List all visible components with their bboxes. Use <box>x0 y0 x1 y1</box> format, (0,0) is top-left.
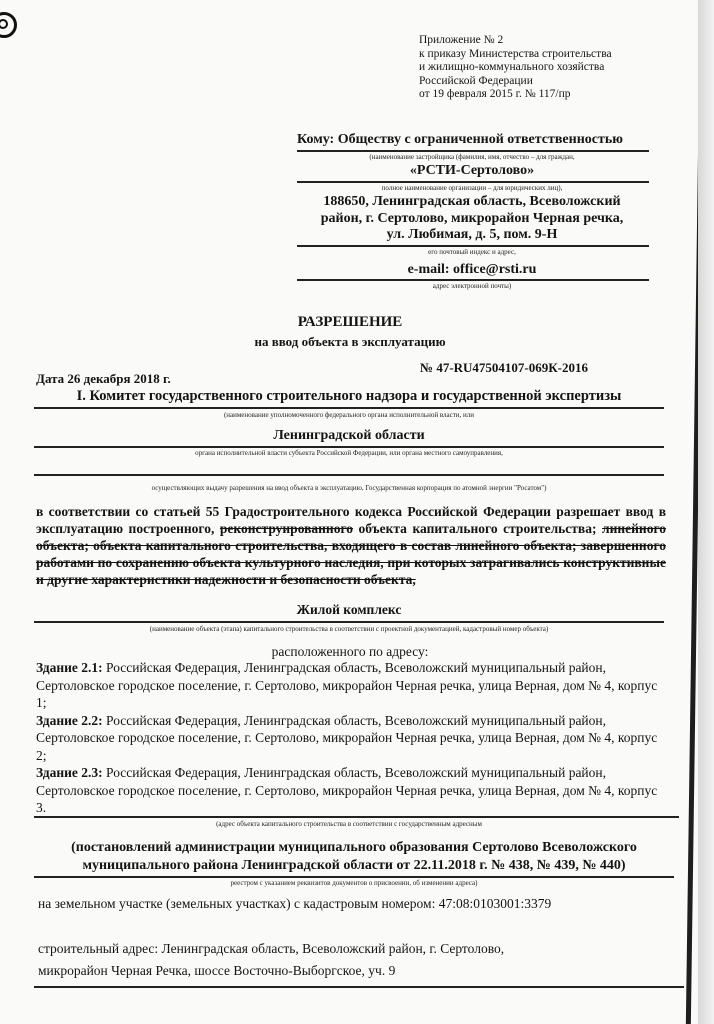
underline <box>34 621 664 623</box>
construction-address-line: строительный адрес: Ленинградская област… <box>38 938 678 960</box>
corner-circle-mark <box>0 12 17 38</box>
recipient-to: Кому: Обществу с ограниченной ответствен… <box>297 132 647 148</box>
authority-region: Ленинградской области <box>34 428 664 444</box>
construction-address: строительный адрес: Ленинградская област… <box>38 938 678 982</box>
background-surface <box>698 0 714 1024</box>
construction-address-line: микрорайон Черная Речка, шоссе Восточно-… <box>38 960 678 982</box>
located-label: расположенного по адресу: <box>0 644 700 660</box>
decree-caption: реестром с указанием реквизитов документ… <box>34 879 674 887</box>
address-line: 188650, Ленинградская область, Всеволожс… <box>297 194 647 211</box>
appendix-line: от 19 февраля 2015 г. № 117/пр <box>419 88 659 102</box>
document-title: РАЗРЕШЕНИЕ <box>0 314 700 331</box>
underline <box>34 407 664 409</box>
underline <box>34 986 684 988</box>
object-caption: (наименование объекта (этапа) капитально… <box>34 625 664 633</box>
appendix-line: Приложение № 2 <box>419 34 659 48</box>
address-decree: (постановлений администрации муниципальн… <box>34 839 674 875</box>
recipient-org-caption: полное наименование организации – для юр… <box>297 184 647 192</box>
document-page: Приложение № 2 к приказу Министерства ст… <box>0 0 700 1024</box>
building-list: Здание 2.1: Российская Федерация, Ленинг… <box>36 659 666 817</box>
underline <box>34 446 664 448</box>
building-label: Здание 2.1: <box>36 660 103 675</box>
permission-struck-reconstructed: реконструированного <box>220 521 353 536</box>
address-line: ул. Любимая, д. 5, пом. 9-Н <box>297 227 647 244</box>
appendix-line: Российской Федерации <box>419 75 659 89</box>
document-number: № 47-RU47504107-069К-2016 <box>420 360 588 376</box>
cadastral-number: на земельном участке (земельных участках… <box>38 896 551 912</box>
underline <box>297 181 649 183</box>
underline <box>297 279 649 281</box>
region-caption: органа исполнительной власти субъекта Ро… <box>34 449 664 457</box>
building-label: Здание 2.3: <box>36 765 103 780</box>
underline <box>34 474 664 476</box>
underline <box>297 245 649 247</box>
recipient-email: e-mail: office@rsti.ru <box>297 262 647 278</box>
recipient-to-caption: (наименование застройщика (фамилия, имя,… <box>297 153 647 161</box>
recipient-address: 188650, Ленинградская область, Всеволожс… <box>297 194 647 244</box>
building-item: Здание 2.1: Российская Федерация, Ленинг… <box>36 659 666 712</box>
building-item: Здание 2.3: Российская Федерация, Ленинг… <box>36 764 666 817</box>
object-name: Жилой комплекс <box>34 602 664 618</box>
address-line: район, г. Сертолово, микрорайон Черная р… <box>297 211 647 228</box>
building-address: Российская Федерация, Ленинградская обла… <box>36 713 657 763</box>
issuer-caption: осуществляющих выдачу разрешения на ввод… <box>34 484 664 492</box>
recipient-address-caption: его почтовый индекс и адрес, <box>297 248 647 256</box>
building-address: Российская Федерация, Ленинградская обла… <box>36 765 657 815</box>
document-date: Дата 26 декабря 2018 г. <box>36 371 171 387</box>
object-address-caption: (адрес объекта капитального строительств… <box>34 820 664 828</box>
building-address: Российская Федерация, Ленинградская обла… <box>36 660 657 710</box>
appendix-line: к приказу Министерства строительства <box>419 48 659 62</box>
recipient-email-caption: адрес электронной почты) <box>297 282 647 290</box>
building-item: Здание 2.2: Российская Федерация, Ленинг… <box>36 712 666 765</box>
authority-caption: (наименование уполномоченного федерально… <box>34 411 664 419</box>
permission-paragraph: в соответствии со статьей 55 Градостроит… <box>36 503 666 588</box>
document-subtitle: на ввод объекта в эксплуатацию <box>0 334 700 350</box>
appendix-header: Приложение № 2 к приказу Министерства ст… <box>419 34 659 102</box>
underline <box>34 876 674 878</box>
underline <box>34 816 679 818</box>
underline <box>297 150 649 152</box>
authority-name: I. Комитет государственного строительног… <box>34 388 664 405</box>
permission-main-2: объекта капитального строительства; <box>359 521 597 536</box>
building-label: Здание 2.2: <box>36 713 103 728</box>
recipient-org-name: «РСТИ-Сертолово» <box>297 163 647 179</box>
appendix-line: и жилищно-коммунального хозяйства <box>419 61 659 75</box>
